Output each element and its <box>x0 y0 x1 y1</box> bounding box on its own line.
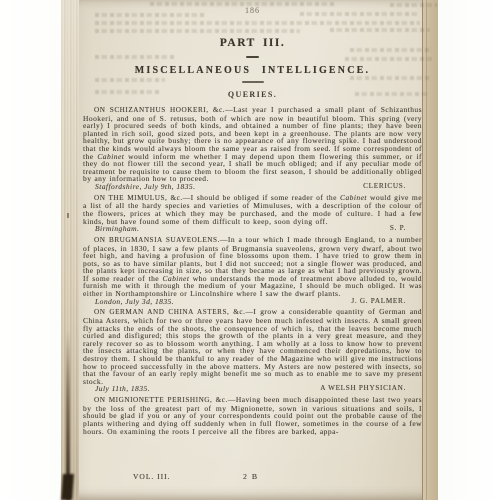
book-photo: 186 PART III. MISCELLANEOUS INTELLIGENCE… <box>0 0 500 500</box>
query-signature: CLERICUS. <box>363 183 406 191</box>
query-signature-line: Birmingham.S. P. <box>83 225 422 233</box>
query-paragraph: ON GERMAN AND CHINA ASTERS, &c.—I grow a… <box>83 308 422 385</box>
spine-crease-shadow <box>61 474 74 500</box>
query-signature: J. G. PALMER. <box>351 298 406 306</box>
section-title: MISCELLANEOUS INTELLIGENCE. <box>83 65 422 76</box>
queries-list: ON SCHIZANTHUS HOOKERI, &c.—Last year I … <box>83 106 422 435</box>
subsection-title: QUERIES. <box>83 90 422 99</box>
query-signature-line: London, July 3d, 1835.J. G. PALMER. <box>83 298 422 306</box>
query-dateline: Staffordshire, July 9th, 1835. <box>95 183 195 191</box>
page-number: 186 <box>83 0 422 15</box>
part-title: PART III. <box>83 37 422 49</box>
query-item: ON MIGNIONETTE PERISHING, &c.—Having bee… <box>83 396 422 435</box>
query-item: ON BRUGMANSIA SUAVEOLENS.—In a tour whic… <box>83 236 422 306</box>
query-signature-line: July 11th, 1835.A WELSH PHYSICIAN. <box>83 385 422 393</box>
book-page: 186 PART III. MISCELLANEOUS INTELLIGENCE… <box>61 0 438 500</box>
query-signature-line: Staffordshire, July 9th, 1835.CLERICUS. <box>83 183 422 191</box>
ink-smudge <box>67 213 69 218</box>
page-fore-edge <box>422 0 438 500</box>
query-paragraph: ON BRUGMANSIA SUAVEOLENS.—In a tour whic… <box>83 236 422 298</box>
page-edge-left <box>61 0 79 500</box>
query-dateline: July 11th, 1835. <box>95 385 150 393</box>
query-paragraph: ON THE MIMULUS, &c.—I should be obliged … <box>83 194 422 225</box>
query-body-text: —I grow a considerable quantity of Germa… <box>83 307 422 385</box>
query-dateline: London, July 3d, 1835. <box>95 298 174 306</box>
query-paragraph: ON MIGNIONETTE PERISHING, &c.—Having bee… <box>83 396 422 435</box>
query-signature: A WELSH PHYSICIAN. <box>320 385 406 393</box>
query-signature: S. P. <box>390 225 406 233</box>
query-dateline: Birmingham. <box>95 225 139 233</box>
query-paragraph: ON SCHIZANTHUS HOOKERI, &c.—Last year I … <box>83 106 422 183</box>
page-content: 186 PART III. MISCELLANEOUS INTELLIGENCE… <box>83 0 422 500</box>
query-item: ON SCHIZANTHUS HOOKERI, &c.—Last year I … <box>83 106 422 191</box>
volume-label: VOL. III. <box>133 472 171 481</box>
query-item: ON THE MIMULUS, &c.—I should be obliged … <box>83 194 422 233</box>
divider-rule <box>246 56 259 58</box>
gathering-signature-mark: 2 B <box>243 472 259 481</box>
query-item: ON GERMAN AND CHINA ASTERS, &c.—I grow a… <box>83 308 422 393</box>
query-body-text: would inform me whether I may depend upo… <box>83 152 422 184</box>
divider-rule <box>242 81 264 83</box>
